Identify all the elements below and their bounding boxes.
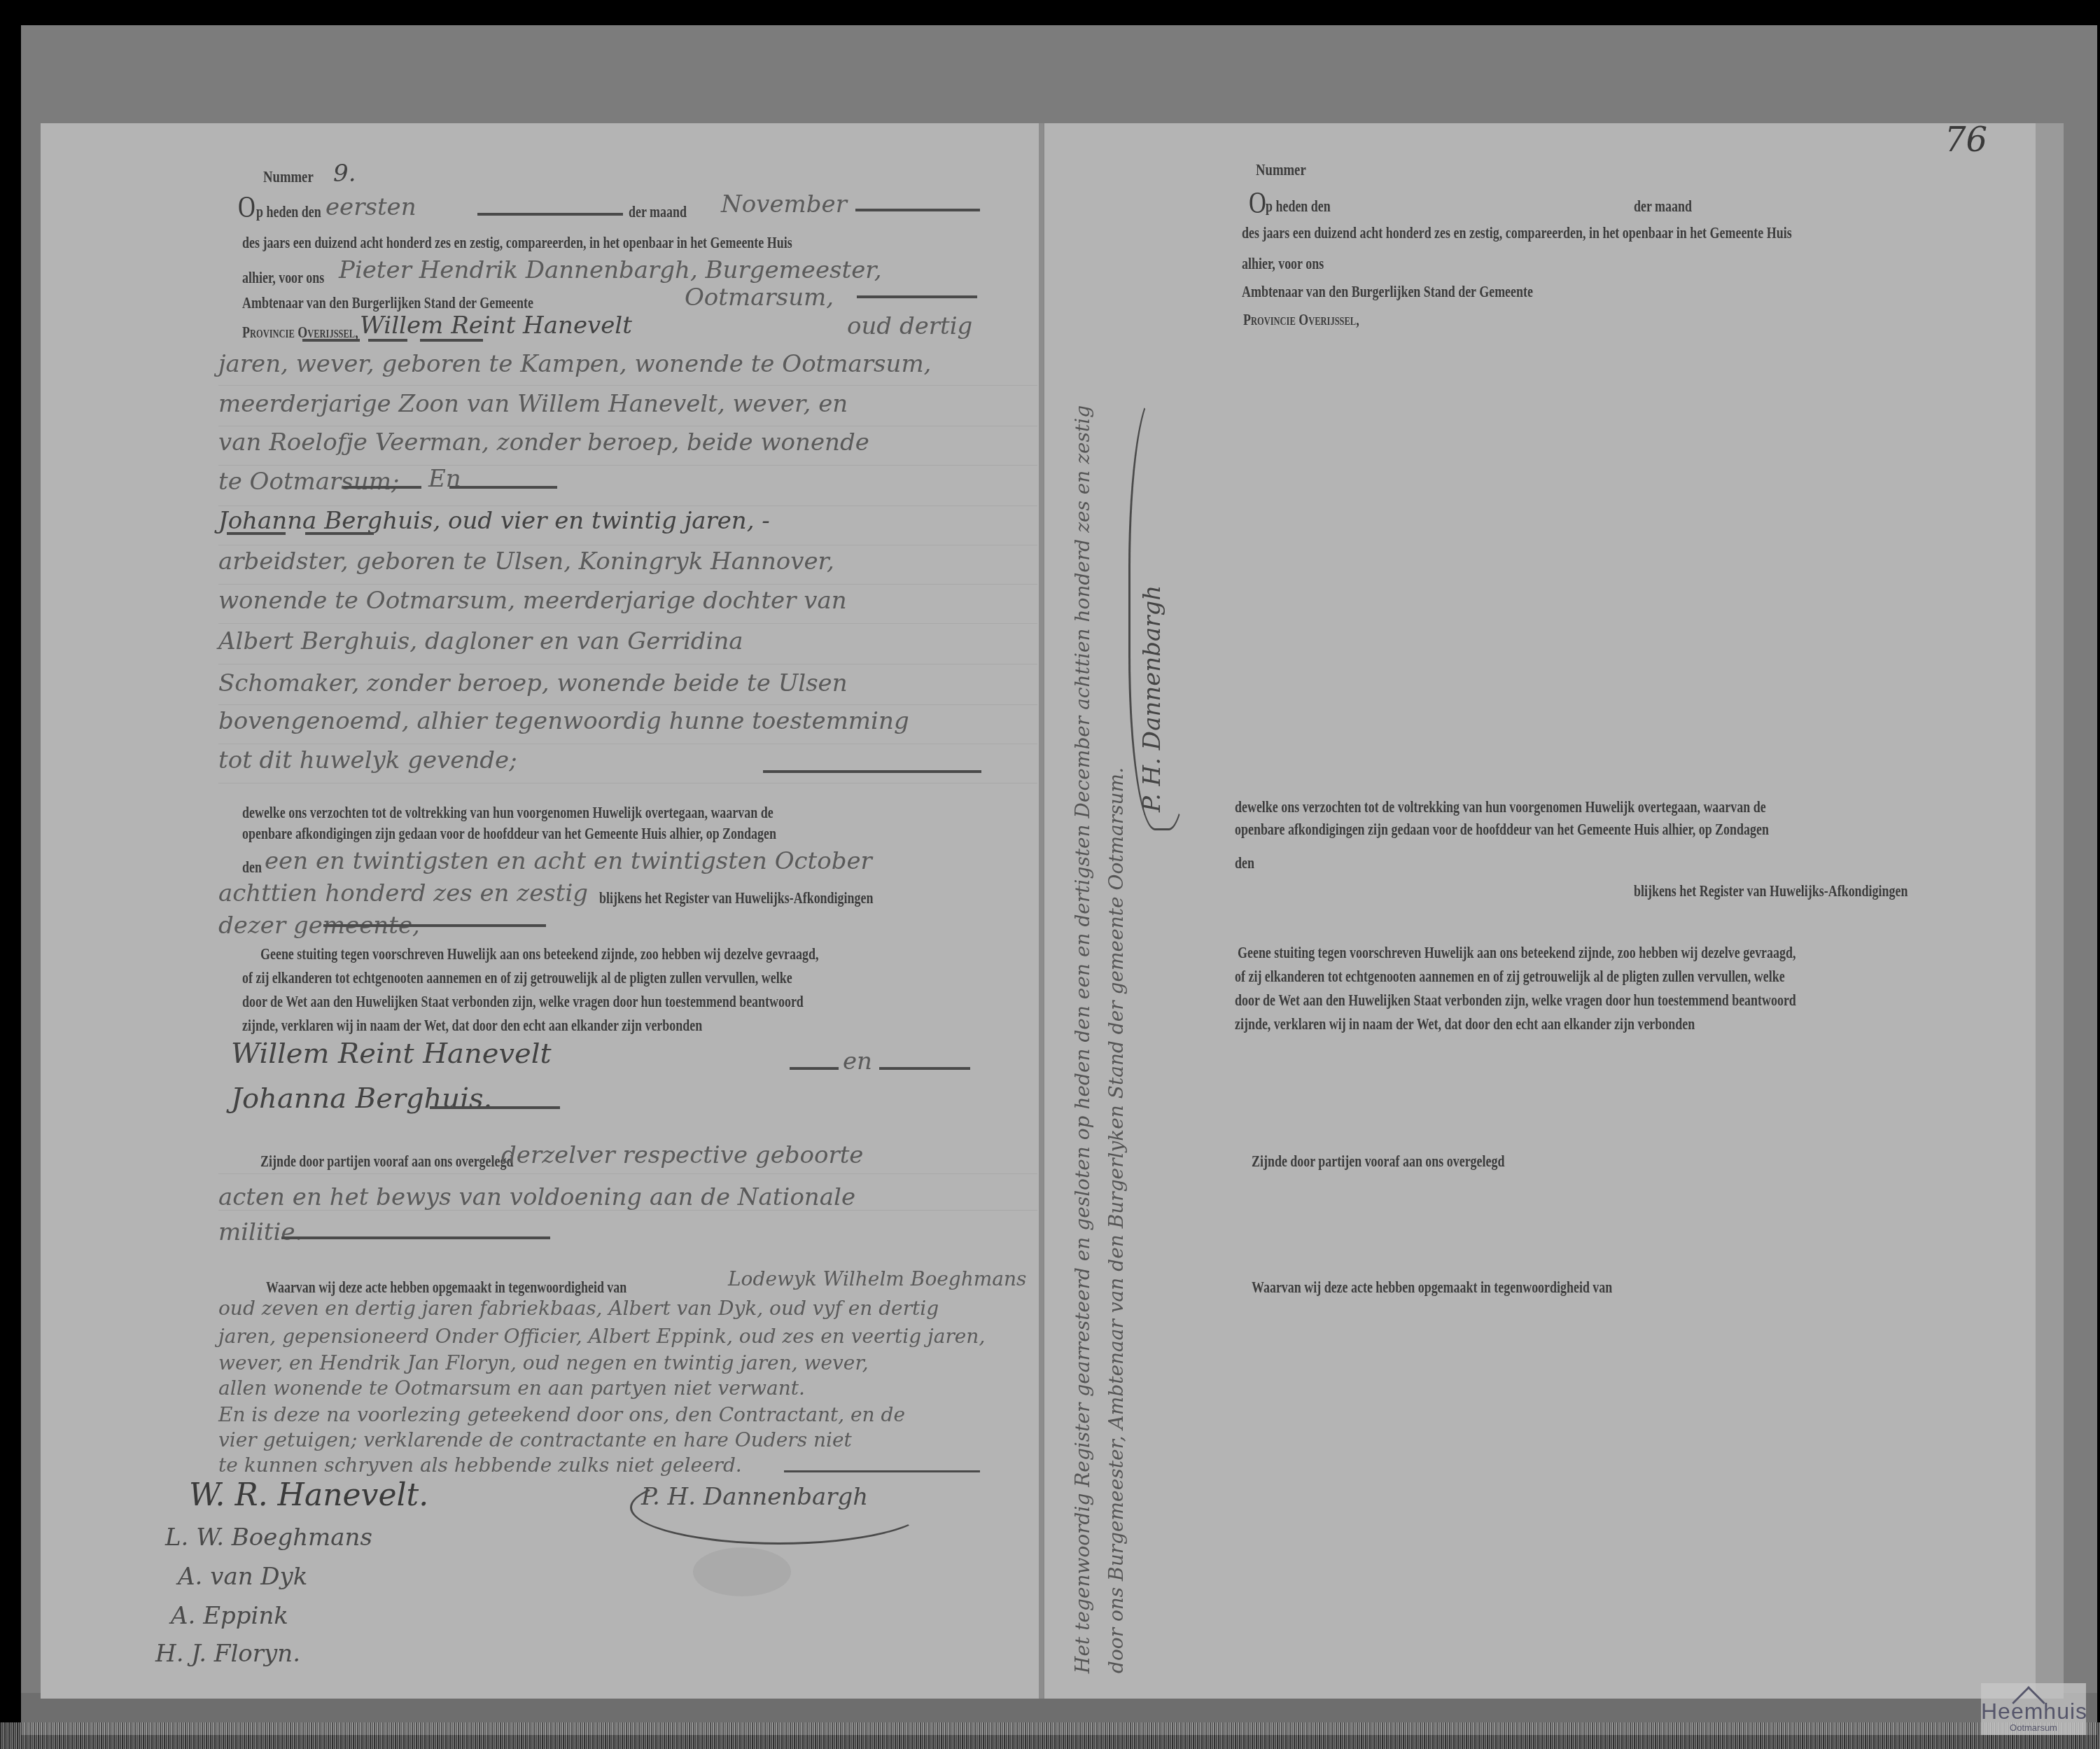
afkondiging-line-1: dewelke ons verzochten tot de voltrekkin… [1235, 798, 1766, 816]
watermark-title: Heemhuis [1981, 1699, 2086, 1724]
signature-witness: L. W. Boeghmans [165, 1524, 372, 1552]
fill-rule [449, 486, 557, 489]
name-underline [420, 339, 483, 342]
stuiting-line-4: zijnde, verklaren wij in naam der Wet, d… [242, 1017, 702, 1035]
margin-signature-flourish [1128, 392, 1196, 830]
signature-witness: A. Eppink [171, 1602, 288, 1630]
hand-line: te Ootmarsum; [218, 468, 399, 496]
proclamation-year: achttien honderd zes en zestig [218, 879, 588, 907]
stuiting-line-3: door de Wet aan den Huwelijken Staat ver… [1235, 991, 1796, 1010]
hand-line: tot dit huwelyk gevende; [218, 746, 517, 774]
ruled-line [218, 744, 1037, 744]
stuiting-line-2: of zij elkanderen tot echtgenooten aanne… [1235, 968, 1785, 986]
register-text: blijkens het Register van Huwelijks-Afko… [1634, 882, 1907, 900]
year-line: des jaars een duizend acht honderd zes e… [1242, 224, 1792, 242]
ambtenaar-line: Ambtenaar van den Burgerlijken Stand der… [1242, 283, 1533, 301]
scan-noise-strip [0, 1722, 2100, 1749]
fill-rule [281, 1236, 550, 1239]
afkondiging-line-1: dewelke ons verzochten tot de voltrekkin… [242, 804, 773, 822]
couple-en: en [843, 1047, 872, 1075]
nummer-value: 9. [333, 160, 356, 188]
official-name: Pieter Hendrik Dannenbargh, Burgemeester… [339, 256, 882, 284]
gemeente-field: Ootmarsum, [685, 284, 834, 312]
fill-rule [857, 295, 977, 298]
stuiting-line-4: zijnde, verklaren wij in naam der Wet, d… [1235, 1015, 1695, 1033]
page-gutter [1039, 123, 1043, 1699]
proclamation-dates: een en twintigsten en acht en twintigste… [265, 847, 872, 875]
ambtenaar-line: Ambtenaar van den Burgerlijken Stand der… [242, 294, 533, 312]
hand-line: meerderjarige Zoon van Willem Hanevelt, … [218, 390, 848, 418]
name-underline [368, 339, 407, 342]
overgelegd-text: Zijnde door partijen vooraf aan ons over… [1252, 1152, 1504, 1171]
hand-line: jaren, wever, geboren te Kampen, wonende… [218, 350, 931, 378]
drop-cap-o: O [238, 189, 255, 225]
fill-rule [763, 770, 981, 773]
den-label: den [1235, 854, 1254, 872]
drop-cap-o: O [1249, 185, 1266, 221]
day-field: eersten [325, 193, 416, 221]
waarvan-text: Waarvan wij deze acte hebben opgemaakt i… [1252, 1278, 1612, 1297]
afkondiging-line-2: openbare afkondigingen zijn gedaan voor … [1235, 821, 1769, 839]
witness-line: Lodewyk Wilhelm Boeghmans [728, 1267, 1026, 1290]
name-underline [227, 532, 286, 535]
ruled-line [218, 704, 1037, 705]
stuiting-line-1: Geene stuiting tegen voorschreven Huweli… [260, 945, 818, 963]
nummer-label: Nummer [1256, 161, 1306, 180]
stuiting-line-1: Geene stuiting tegen voorschreven Huweli… [1238, 944, 1795, 962]
witness-line: te kunnen schryven als hebbende zulks ni… [218, 1454, 742, 1477]
op-heden-den: p heden den [256, 203, 321, 221]
afkondiging-line-2: openbare afkondigingen zijn gedaan voor … [242, 825, 776, 843]
signature-flourish [630, 1470, 928, 1545]
register-text: blijkens het Register van Huwelijks-Afko… [599, 889, 873, 907]
witness-line: wever, en Hendrik Jan Floryn, oud negen … [218, 1351, 869, 1374]
alhier-voor-ons: alhier, voor ons [242, 269, 324, 287]
fill-rule [855, 209, 980, 211]
page-edge [2036, 123, 2064, 1699]
witness-line: vier getuigen; verklarende de contractan… [218, 1428, 852, 1451]
stuiting-line-2: of zij elkanderen tot echtgenooten aanne… [242, 969, 792, 987]
ruled-line [218, 545, 1037, 545]
margin-note-line-a: Het tegenwoordig Register gearresteerd e… [1071, 405, 1094, 1673]
margin-note-line-b: door ons Burgemeester, Ambtenaar van den… [1105, 767, 1128, 1673]
hand-line: Schomaker, zonder beroep, wonende beide … [218, 669, 848, 697]
ruled-line [218, 385, 1037, 386]
alhier-voor-ons: alhier, voor ons [1242, 255, 1324, 273]
der-maand: der maand [1634, 197, 1692, 216]
hand-line: van Roelofje Veerman, zonder beroep, bei… [218, 428, 869, 457]
fill-rule [477, 213, 623, 216]
ruled-line [218, 623, 1037, 624]
name-underline [305, 532, 374, 535]
fill-rule [430, 1106, 560, 1109]
signature-groom: W. R. Hanevelt. [189, 1477, 428, 1513]
ruled-line [218, 584, 1037, 585]
op-heden-den: p heden den [1266, 197, 1331, 216]
couple-groom: Willem Reint Hanevelt [231, 1038, 552, 1070]
stamp-smudge [693, 1547, 791, 1596]
hand-line: bovengenoemd, alhier tegenwoordig hunne … [218, 707, 909, 735]
witness-line: En is deze na voorlezing geteekend door … [218, 1403, 905, 1426]
couple-bride: Johanna Berghuis. [231, 1082, 492, 1115]
folio-number: 76 [1945, 120, 1987, 160]
right-page [1042, 123, 2038, 1699]
ruled-line [218, 1173, 1037, 1174]
witness-line: jaren, gepensioneerd Onder Officier, Alb… [218, 1325, 985, 1348]
stuiting-line-3: door de Wet aan den Huwelijken Staat ver… [242, 993, 804, 1011]
ruled-line [218, 426, 1037, 426]
bride-line: Johanna Berghuis, oud vier en twintig ja… [218, 507, 770, 535]
ruled-line [218, 465, 1037, 466]
fill-rule [790, 1067, 839, 1070]
ruled-line [218, 783, 1037, 783]
overgelegd-text: Zijnde door partijen vooraf aan ons over… [260, 1152, 513, 1171]
hand-line: wonende te Ootmarsum, meerderjarige doch… [218, 587, 847, 615]
documents-line: militie. [218, 1218, 302, 1246]
provincie-line: Provincie Overijssel, [1243, 311, 1359, 329]
month-field: November [721, 190, 847, 218]
documents-line: derzelver respective geboorte [501, 1141, 864, 1169]
watermark-subtitle: Ootmarsum [1981, 1722, 2086, 1733]
ruled-line [218, 664, 1037, 664]
hand-line: arbeidster, geboren te Ulsen, Koningryk … [218, 548, 834, 576]
der-maand: der maand [629, 203, 687, 221]
groom-age: oud dertig [847, 312, 972, 340]
signature-witness: A. van Dyk [178, 1563, 307, 1591]
documents-line: acten en het bewys van voldoening aan de… [218, 1183, 855, 1211]
groom-name: Willem Reint Hanevelt [360, 312, 632, 340]
den-label: den [242, 858, 262, 877]
waarvan-text: Waarvan wij deze acte hebben opgemaakt i… [266, 1278, 626, 1297]
fill-rule [879, 1067, 970, 1070]
name-underline [302, 339, 360, 342]
heemhuis-watermark: Heemhuis Ootmarsum [1981, 1683, 2086, 1735]
nummer-label: Nummer [263, 168, 314, 187]
ruled-line [218, 506, 1037, 506]
fill-rule [343, 486, 421, 489]
ruled-line [218, 1210, 1037, 1211]
hand-line: Albert Berghuis, dagloner en van Gerridi… [218, 627, 743, 655]
witness-line: oud zeven en dertig jaren fabriekbaas, A… [218, 1297, 939, 1320]
fill-rule [323, 924, 546, 927]
year-line: des jaars een duizend acht honderd zes e… [242, 234, 792, 252]
en-word: En [428, 465, 461, 493]
signature-witness: H. J. Floryn. [155, 1640, 300, 1668]
witness-line: allen wonende te Ootmarsum en aan partye… [218, 1377, 805, 1400]
